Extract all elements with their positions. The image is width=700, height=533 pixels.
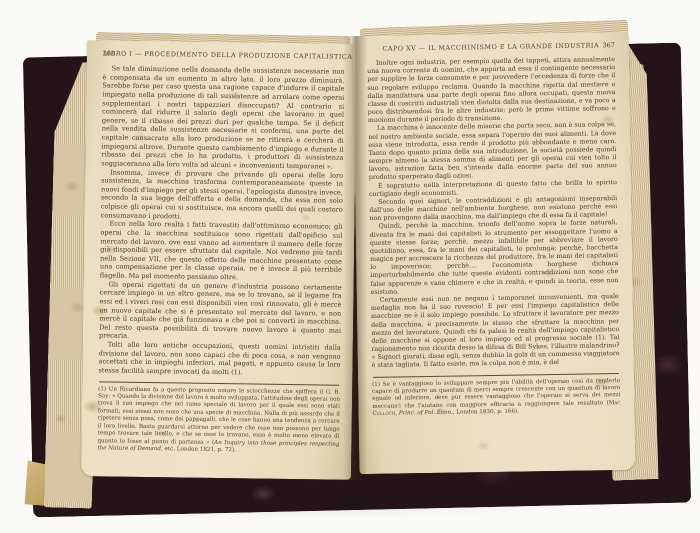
running-title-right: CAPO XV — IL MACCHINISMO E LA GRANDE IND…: [382, 41, 599, 52]
page-number-left: 366: [103, 49, 115, 57]
footnote-cited-title: Princ. of Pol. Econ.: [399, 410, 453, 417]
paragraph: Gli operai rigettati da un genere d'indu…: [99, 280, 342, 344]
footnote-text: (1) Se è vantaggioso lo sviluppare sempr…: [372, 378, 620, 410]
footnote-rule-left: [99, 381, 339, 385]
photo-of-open-book: 366 LIBRO I — PROCEDIMENTO DELLA PRODUZI…: [0, 0, 700, 533]
paragraph: Ecco nella loro realtà i fatti travestit…: [100, 220, 343, 284]
paragraph: Insomma, invece di provare che privando …: [101, 168, 344, 223]
book-page-right: CAPO XV — IL MACCHINISMO E LA GRANDE IND…: [353, 32, 636, 474]
running-header-left: 366 LIBRO I — PROCEDIMENTO DELLA PRODUZI…: [103, 49, 345, 60]
footnote-left: (1) Un Ricardiano fa a questo proposito …: [97, 386, 340, 456]
paragraph: Se tale diminuzione nella domanda delle …: [101, 64, 344, 171]
running-title-left: LIBRO I — PROCEDIMENTO DELLA PRODUZIONE …: [103, 49, 353, 60]
book-page-left: 366 LIBRO I — PROCEDIMENTO DELLA PRODUZI…: [81, 40, 357, 480]
body-text-right: Inoltre ogni industria, per esempio quel…: [367, 56, 620, 370]
paragraph: Tolti alle loro antiche occupazioni, que…: [98, 340, 340, 378]
page-number-right: 367: [602, 41, 614, 49]
footnote-text: , etc. London 1821, p. 72).: [161, 446, 236, 453]
body-text-left: Se tale diminuzione nella domanda delle …: [98, 64, 344, 378]
footnote-text: (1) Un Ricardiano fa a questo proposito …: [97, 386, 340, 446]
footnote-right: (1) Se è vantaggioso lo sviluppare sempr…: [372, 378, 621, 419]
running-header-right: CAPO XV — IL MACCHINISMO E LA GRANDE IND…: [367, 41, 615, 53]
footnote-rule-right: [373, 373, 619, 378]
book-gutter-shadow: [343, 36, 367, 480]
paragraph: Certamente essi non ne negano i temporan…: [371, 293, 620, 370]
footnote-text: , London 1830, p. 166).: [453, 409, 519, 416]
paragraph: Inoltre ogni industria, per esempio quel…: [367, 56, 616, 125]
paragraph: La macchina è innocente delle miserie ch…: [368, 121, 617, 182]
paragraph: Quindi, perchè la macchina, trionfo dell…: [370, 219, 619, 296]
